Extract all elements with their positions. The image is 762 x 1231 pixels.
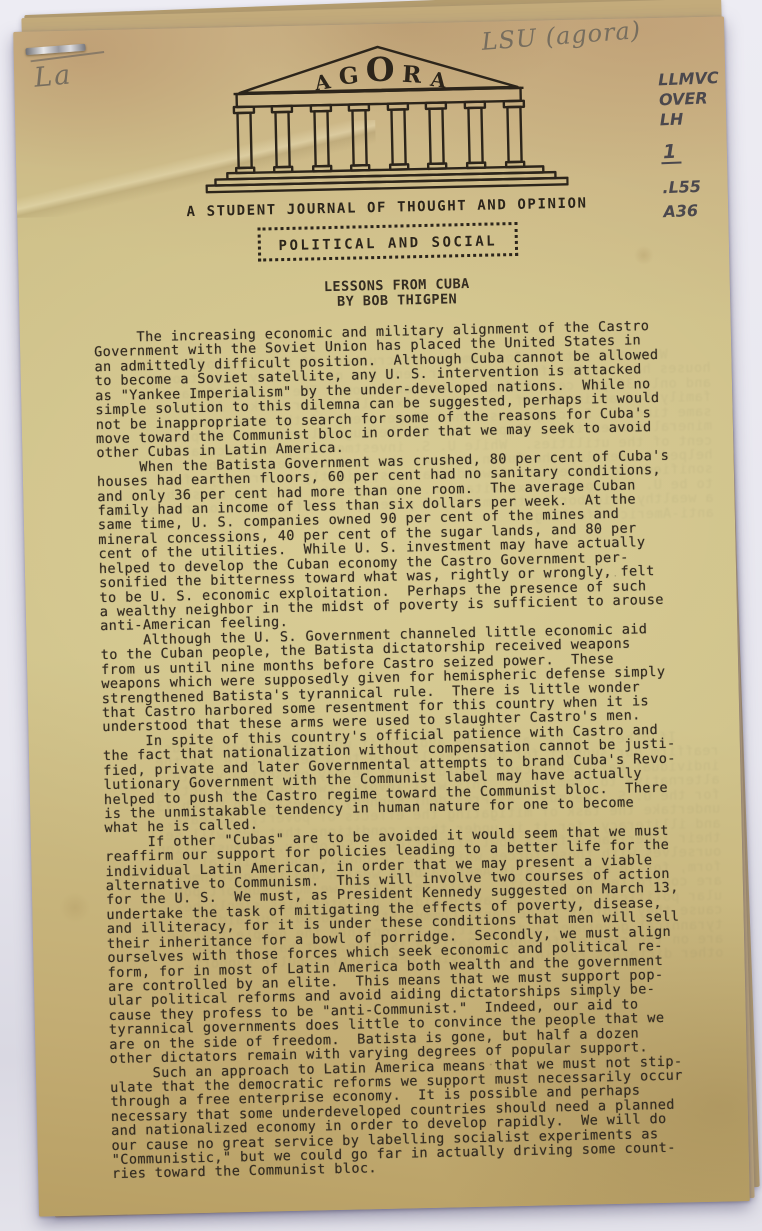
logo-letter: O (365, 50, 395, 90)
journal-tagline: A STUDENT JOURNAL OF THOUGHT AND OPINION (57, 193, 717, 223)
document-page: La LSU (agora) LLMVC OVER LH 1 .L55 A36 (13, 16, 750, 1216)
section-dotted-box: POLITICAL AND SOCIAL (257, 222, 518, 262)
logo-letter: R (401, 61, 423, 89)
agora-temple-logo: A G O R A (202, 40, 568, 194)
article: LESSONS FROM CUBA BY BOB THIGPEN The inc… (93, 272, 720, 1182)
photographed-document-scene: La LSU (agora) LLMVC OVER LH 1 .L55 A36 (0, 0, 762, 1231)
paragraph: In spite of this country's official pati… (103, 722, 713, 836)
paragraph: Although the U. S. Government channeled … (100, 621, 710, 735)
logo-letter: G (337, 62, 359, 91)
journal-masthead: A G O R A A STUDENT JOURNAL OF THOUGHT A… (54, 37, 719, 266)
article-body: The increasing economic and military ali… (94, 318, 720, 1182)
paragraph: Such an approach to Latin America means … (110, 1053, 720, 1182)
paragraph: The increasing economic and military ali… (94, 318, 705, 461)
paragraph: When the Batista Government was crushed,… (97, 448, 709, 634)
section-label: POLITICAL AND SOCIAL (278, 233, 497, 254)
paragraph: If other "Cubas" are to be avoided it wo… (105, 823, 718, 1067)
